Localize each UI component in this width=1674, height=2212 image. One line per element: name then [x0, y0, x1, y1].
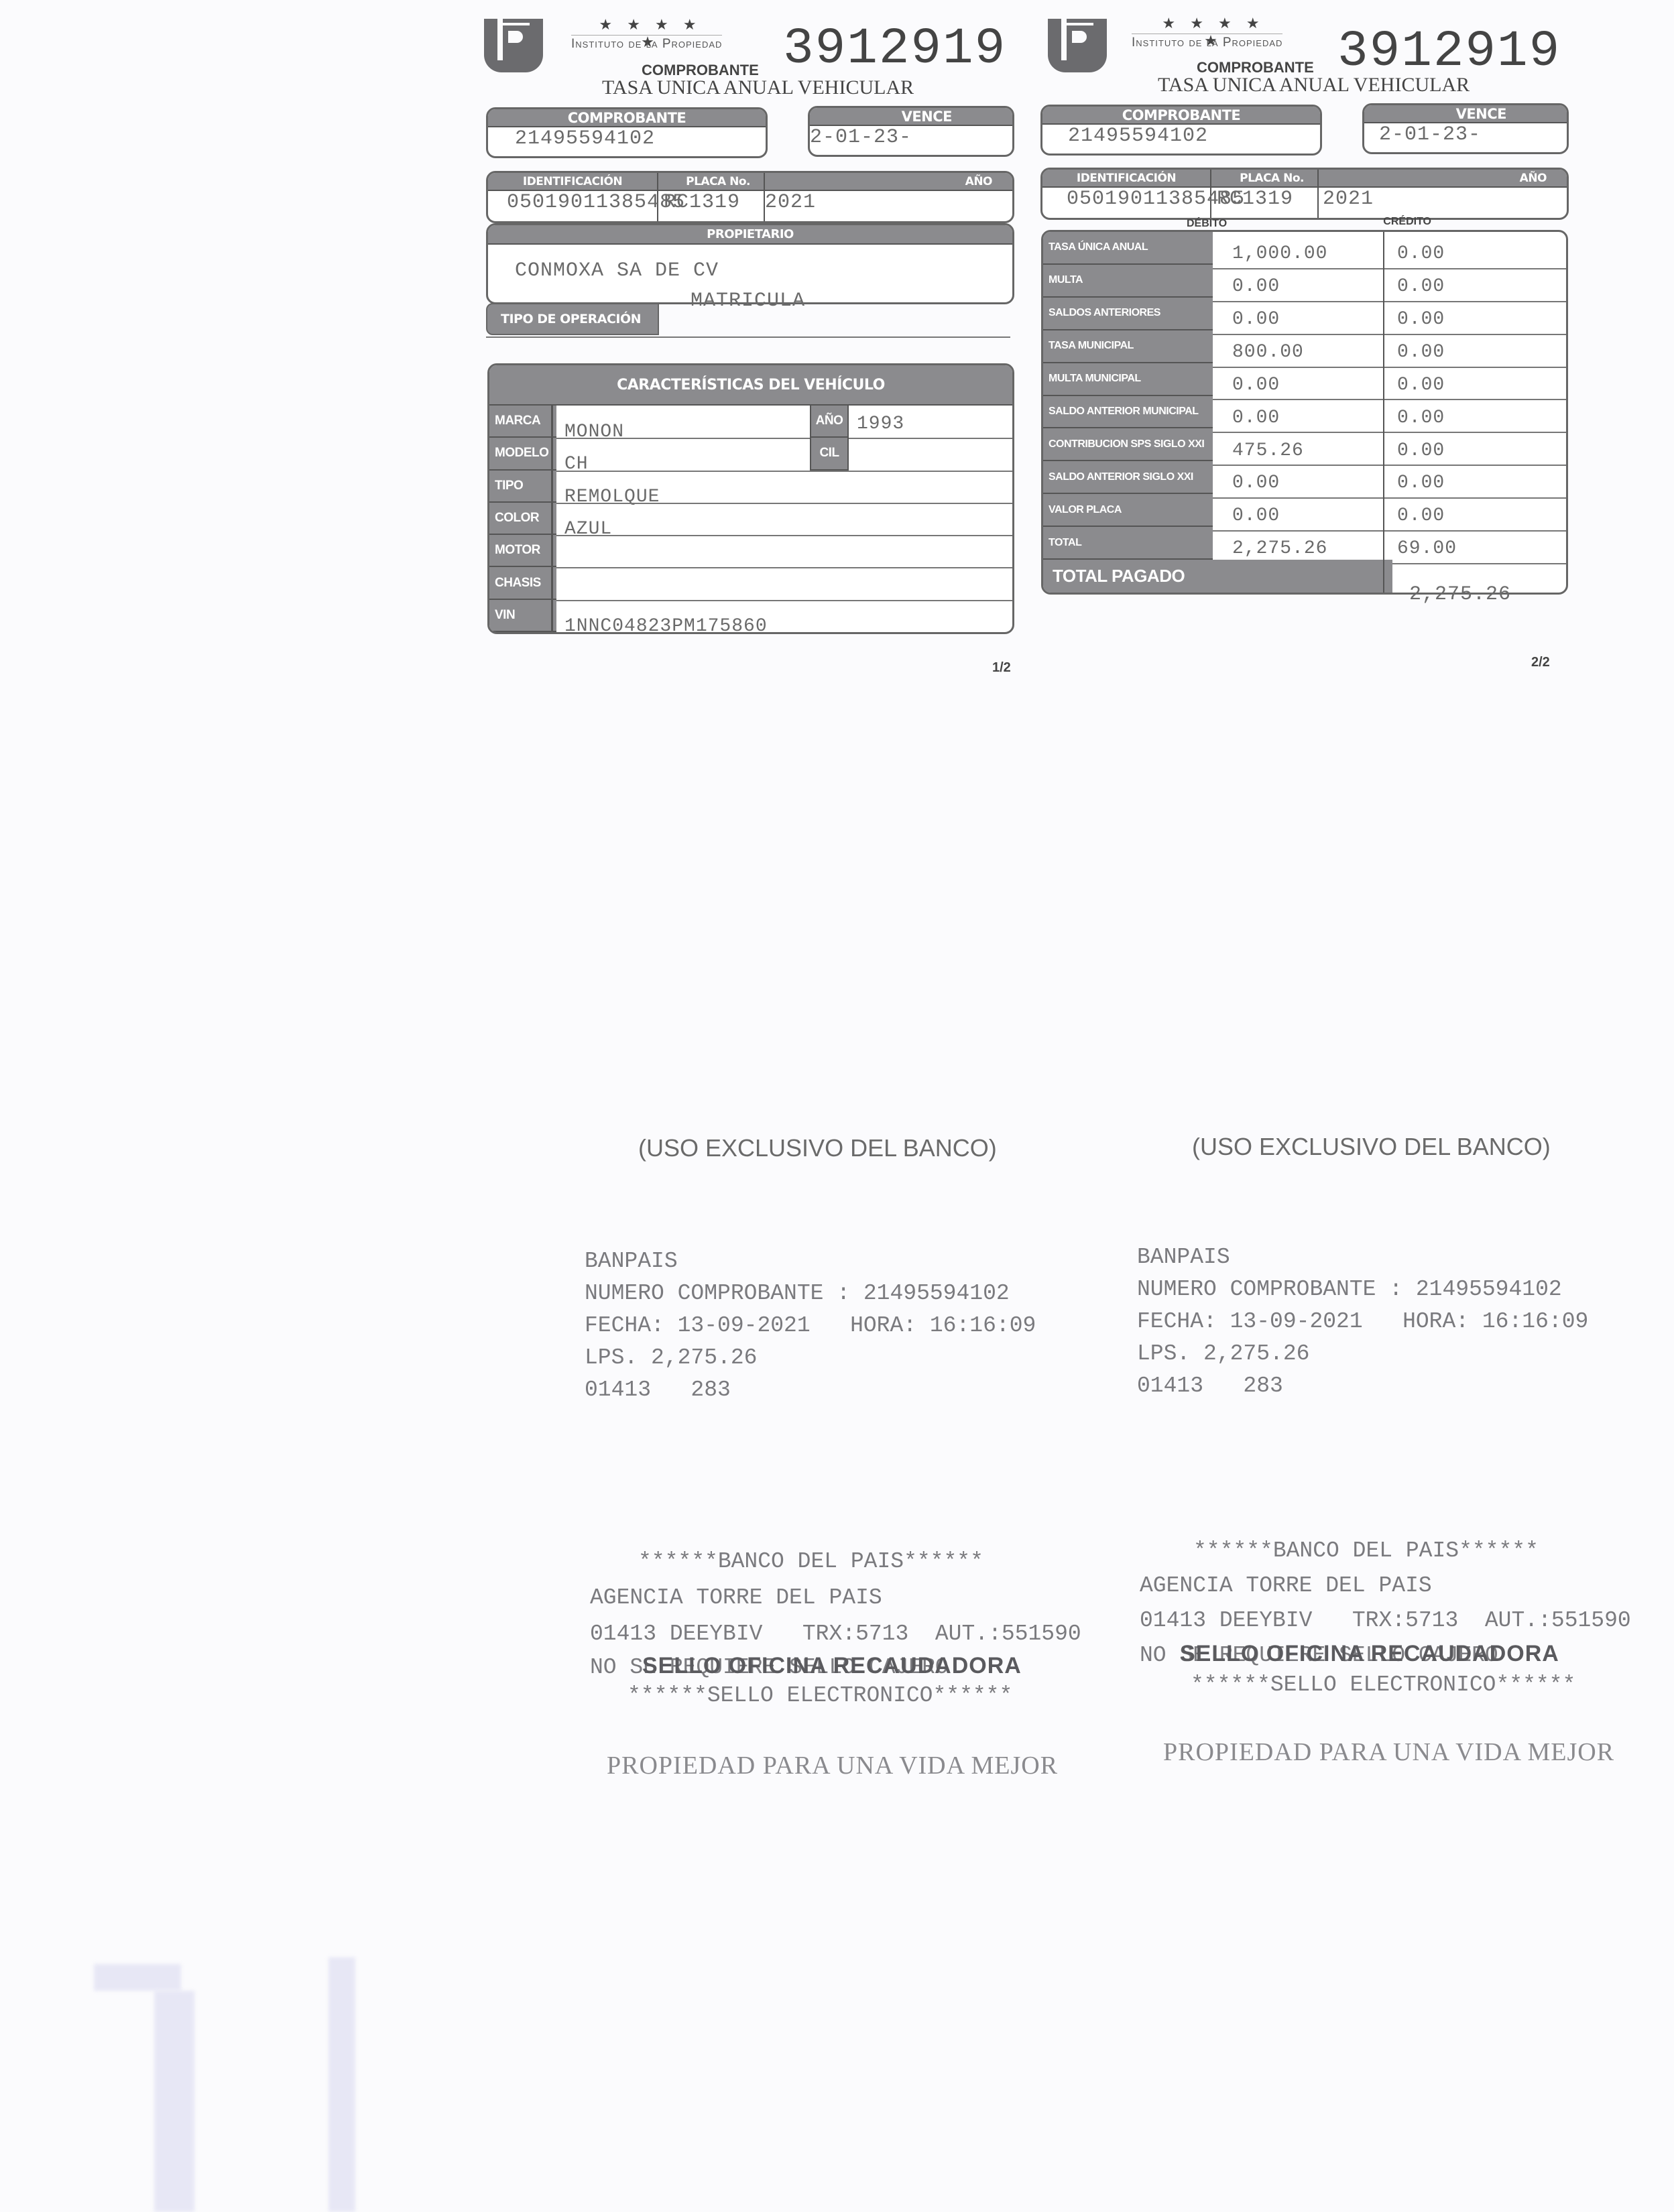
vehicle-label-vin: VIN: [489, 600, 556, 632]
row-divider: [1207, 367, 1566, 368]
vehicle-label-color: COLOR: [489, 503, 556, 535]
row-divider: [1207, 465, 1566, 466]
agencia: AGENCIA TORRE DEL PAIS: [590, 1582, 882, 1614]
placa-label: PLACA No.: [1211, 170, 1317, 188]
charges-table: TASA ÚNICA ANUAL1,000.000.00MULTA0.000.0…: [1041, 230, 1568, 595]
vence-field: VENCE 2-01-23-: [808, 106, 1014, 157]
identificacion-value: 05019011385485: [1042, 188, 1210, 210]
page-indicator: 1/2: [992, 660, 1011, 676]
row-divider: [1207, 301, 1566, 302]
comprobante-value: 21495594102: [488, 127, 766, 150]
bank-name: BANPAIS: [585, 1245, 678, 1278]
charge-credito: 0.00: [1397, 473, 1445, 493]
bank-use-header: (USO EXCLUSIVO DEL BANCO): [638, 1134, 997, 1162]
row-divider: [1207, 432, 1566, 433]
bank-banner: ******BANCO DEL PAIS******: [1193, 1535, 1539, 1567]
charge-debito: 0.00: [1232, 408, 1280, 428]
charge-label: SALDO ANTERIOR MUNICIPAL: [1043, 396, 1213, 429]
fecha-hora: FECHA: 13-09-2021 HORA: 16:16:09: [1137, 1306, 1588, 1338]
charge-credito: 0.00: [1397, 375, 1445, 395]
charge-label: TASA MUNICIPAL: [1043, 330, 1213, 363]
sello-electronico: ******SELLO ELECTRONICO******: [1191, 1669, 1575, 1701]
charge-debito: 0.00: [1232, 473, 1280, 493]
vehicle-value-marca: MONON: [564, 422, 624, 442]
charge-credito: 0.00: [1397, 276, 1445, 297]
charge-label: VALOR PLACA: [1043, 494, 1213, 527]
bank-banner: ******BANCO DEL PAIS******: [638, 1546, 983, 1578]
comprobante-value: 21495594102: [1042, 125, 1320, 147]
credito-column-header: CRÉDITO: [1297, 216, 1431, 228]
tipo-operacion-field: TIPO DE OPERACIÓN: [486, 303, 1010, 338]
sello-oficina-recaudadora: SELLO OFICINA RECAUDADORA: [642, 1653, 1022, 1679]
slogan: PROPIEDAD PARA UNA VIDA MEJOR: [1163, 1737, 1614, 1767]
vehicle-anio-label: AÑO: [810, 406, 849, 438]
charge-label: TOTAL: [1043, 527, 1213, 560]
tipo-operacion-label: TIPO DE OPERACIÓN: [486, 303, 659, 335]
institution-name: Instituto de la Propiedad: [571, 35, 722, 52]
document-title: TASA UNICA ANUAL VEHICULAR: [602, 76, 914, 99]
ip-logo-icon: [484, 19, 543, 72]
vence-value: 2-01-23-: [810, 126, 1012, 149]
vehicle-characteristics-label: CARACTERÍSTICAS DEL VEHÍCULO: [489, 365, 1012, 406]
anio-value: 2021: [1319, 188, 1567, 210]
charge-debito: 800.00: [1232, 342, 1304, 363]
debito-column-header: DÉBITO: [1187, 218, 1227, 230]
charge-label: TASA ÚNICA ANUAL: [1043, 232, 1213, 265]
bank-use-header: (USO EXCLUSIVO DEL BANCO): [1192, 1133, 1551, 1161]
vence-label: VENCE: [810, 108, 1012, 126]
total-pagado-label: TOTAL PAGADO: [1043, 560, 1392, 593]
vence-label: VENCE: [1364, 105, 1567, 123]
receipt-number: 3912919: [1337, 23, 1561, 80]
charge-credito: 0.00: [1397, 408, 1445, 428]
charge-credito: 0.00: [1397, 342, 1445, 363]
charge-label: MULTA: [1043, 265, 1213, 298]
row-divider: [1207, 268, 1566, 269]
row-divider: [1207, 497, 1566, 499]
id-placa-anio-row: IDENTIFICACIÓN 05019011385485 PLACA No. …: [486, 171, 1014, 223]
row-divider: [551, 438, 1012, 439]
anio-label: AÑO: [765, 173, 1012, 191]
placa-value: RC1319: [658, 191, 764, 214]
row-divider: [551, 600, 1012, 601]
trx-aut: 01413 DEEYBIV TRX:5713 AUT.:551590: [1140, 1605, 1631, 1637]
charge-label: SALDOS ANTERIORES: [1043, 298, 1213, 330]
monto: LPS. 2,275.26: [1137, 1338, 1309, 1370]
vehicle-value-vin: 1NNC04823PM175860: [564, 616, 768, 634]
identificacion-value: 05019011385485: [488, 191, 657, 214]
scan-smudge: [94, 1964, 181, 1991]
row-divider: [1207, 399, 1566, 400]
row-divider: [1207, 334, 1566, 335]
vehicle-label-marca: MARCA: [489, 406, 556, 438]
placa-value: RC1319: [1211, 188, 1317, 210]
fecha-hora: FECHA: 13-09-2021 HORA: 16:16:09: [585, 1310, 1036, 1342]
column-divider: [1383, 232, 1384, 593]
row-divider: [551, 503, 1012, 504]
anio-value: 2021: [765, 191, 1012, 214]
comprobante-field: COMPROBANTE 21495594102: [1040, 105, 1322, 156]
vehicle-characteristics: CARACTERÍSTICAS DEL VEHÍCULO MARCAMONONM…: [487, 363, 1014, 634]
identificacion-label: IDENTIFICACIÓN: [1042, 170, 1210, 188]
charge-debito: 1,000.00: [1232, 243, 1327, 264]
sello-oficina-recaudadora: SELLO OFICINA RECAUDADORA: [1180, 1641, 1559, 1667]
numero-comprobante: NUMERO COMPROBANTE : 21495594102: [1137, 1274, 1562, 1306]
institution-name: Instituto de la Propiedad: [1132, 34, 1282, 50]
vehicle-value-color: AZUL: [564, 519, 612, 540]
vehicle-label-motor: MOTOR: [489, 535, 556, 567]
vehicle-value-modelo: CH: [564, 454, 589, 475]
numero-comprobante: NUMERO COMPROBANTE : 21495594102: [585, 1278, 1010, 1310]
document-title: TASA UNICA ANUAL VEHICULAR: [1158, 74, 1470, 97]
monto: LPS. 2,275.26: [585, 1342, 757, 1374]
vehicle-cil-label: CIL: [810, 438, 849, 470]
row-divider: [551, 535, 1012, 536]
vehicle-label-tipo: TIPO: [489, 471, 556, 503]
charge-credito: 0.00: [1397, 505, 1445, 526]
vence-value: 2-01-23-: [1364, 123, 1567, 146]
vehicle-value-tipo: REMOLQUE: [564, 487, 660, 507]
charge-label: CONTRIBUCION SPS SIGLO XXI: [1043, 428, 1213, 461]
row-divider: [551, 471, 1012, 472]
charge-label: MULTA MUNICIPAL: [1043, 363, 1213, 396]
total-pagado-credito: 2,275.26: [1409, 583, 1511, 606]
charge-credito: 0.00: [1397, 440, 1445, 461]
propietario-value: CONMOXA SA DE CV: [488, 245, 1012, 282]
charge-debito: 0.00: [1232, 375, 1280, 395]
charge-credito: 0.00: [1397, 243, 1445, 264]
receipt-number: 3912919: [783, 20, 1006, 78]
charge-credito: 0.00: [1397, 309, 1445, 330]
ip-logo-icon: [1048, 19, 1107, 72]
comprobante-field: COMPROBANTE 21495594102: [486, 107, 768, 158]
vehicle-label-modelo: MODELO: [489, 438, 556, 470]
codigo: 01413 283: [1137, 1370, 1283, 1402]
charge-credito: 69.00: [1397, 538, 1457, 559]
charge-debito: 0.00: [1232, 505, 1280, 526]
vence-field: VENCE 2-01-23-: [1362, 103, 1569, 154]
comprobante-label: COMPROBANTE: [488, 109, 766, 127]
scan-smudge: [154, 1991, 194, 2212]
vehicle-label-chasis: CHASIS: [489, 567, 556, 599]
identificacion-label: IDENTIFICACIÓN: [488, 173, 657, 191]
charge-debito: 475.26: [1232, 440, 1304, 461]
agencia: AGENCIA TORRE DEL PAIS: [1140, 1570, 1432, 1602]
scan-smudge: [328, 1957, 355, 2212]
comprobante-label: COMPROBANTE: [1042, 107, 1320, 125]
row-divider: [551, 567, 1012, 568]
page-indicator: 2/2: [1531, 655, 1550, 670]
row-divider: [1207, 530, 1566, 532]
placa-label: PLACA No.: [658, 173, 764, 191]
charge-label: SALDO ANTERIOR SIGLO XXI: [1043, 461, 1213, 494]
codigo: 01413 283: [585, 1374, 731, 1406]
propietario-label: PROPIETARIO: [488, 225, 1012, 245]
trx-aut: 01413 DEEYBIV TRX:5713 AUT.:551590: [590, 1618, 1081, 1650]
charge-debito: 2,275.26: [1232, 538, 1327, 559]
slogan: PROPIEDAD PARA UNA VIDA MEJOR: [607, 1751, 1058, 1780]
anio-label: AÑO: [1319, 170, 1567, 188]
id-placa-anio-row: IDENTIFICACIÓN 05019011385485 PLACA No. …: [1040, 168, 1569, 220]
sello-electronico: ******SELLO ELECTRONICO******: [627, 1680, 1012, 1712]
charge-debito: 0.00: [1232, 276, 1280, 297]
charge-debito: 0.00: [1232, 309, 1280, 330]
bank-name: BANPAIS: [1137, 1241, 1230, 1274]
column-divider: [551, 406, 553, 632]
vehicle-anio-value: 1993: [857, 414, 904, 434]
